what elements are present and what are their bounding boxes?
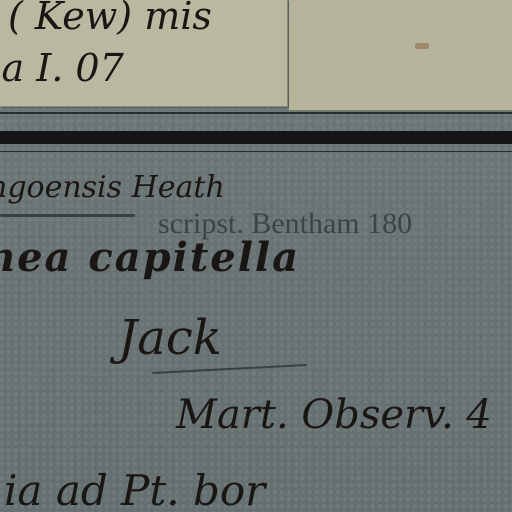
underline-stroke [0,214,135,217]
bottom-line: ia ad Pt. bor [4,466,265,512]
epithet-authority-line: ngoensis Heath [0,170,225,205]
genus-species-line: nea capitella [0,234,300,281]
upper-label-blank [289,0,512,111]
label-line-1: ( Kew) mis [8,0,212,38]
rule-top [0,112,512,114]
label-line-2: sa I. 07 [0,46,124,90]
rule-thick [0,131,512,144]
reference-line: Mart. Observ. 4 [176,392,492,438]
stain-mark [415,43,429,49]
rule-bottom [0,151,512,152]
upper-label-paper: ( Kew) mis sa I. 07 [0,0,288,107]
author-line: Jack [118,310,222,366]
